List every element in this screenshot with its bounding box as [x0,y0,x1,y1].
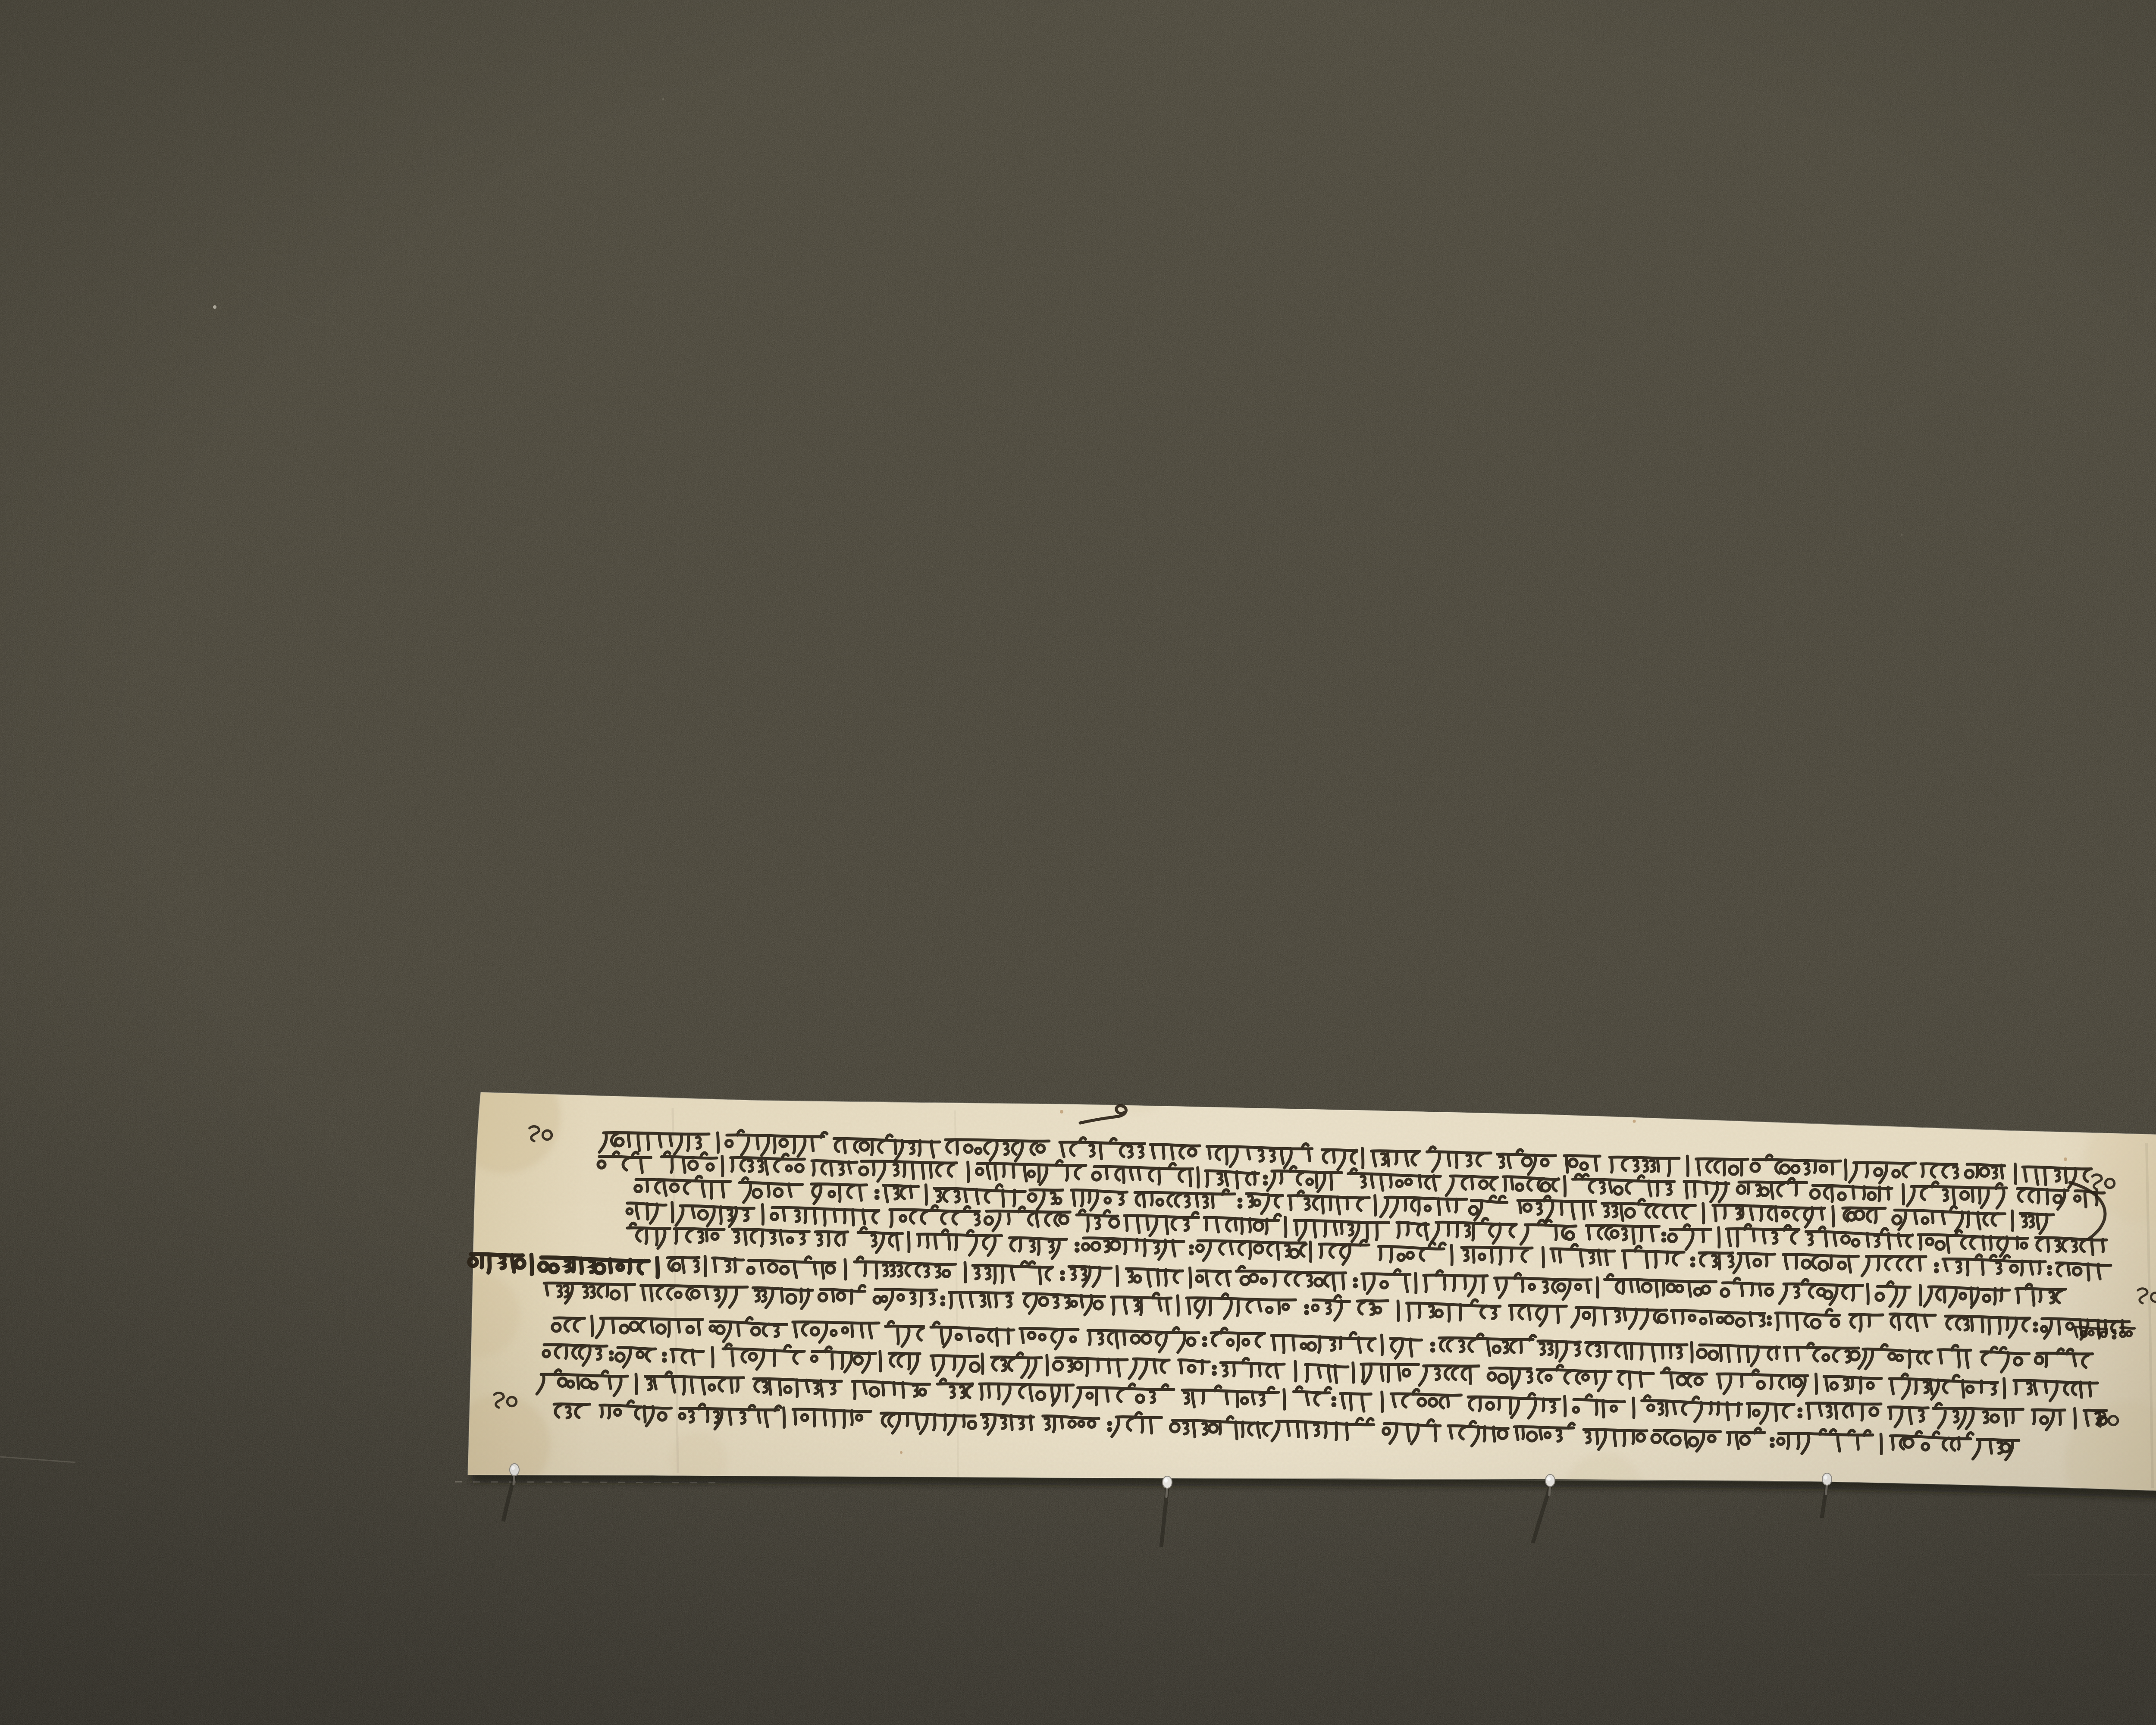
photo-canvas [0,0,2156,1725]
manuscript-photograph: ঽ ১০ ১৫ শ্রীশ্রীসৌপ্তিক ১০ ১০ আঃ ৭ শ্রীঃ… [0,0,2156,1725]
photo-vignette [0,0,2156,1725]
